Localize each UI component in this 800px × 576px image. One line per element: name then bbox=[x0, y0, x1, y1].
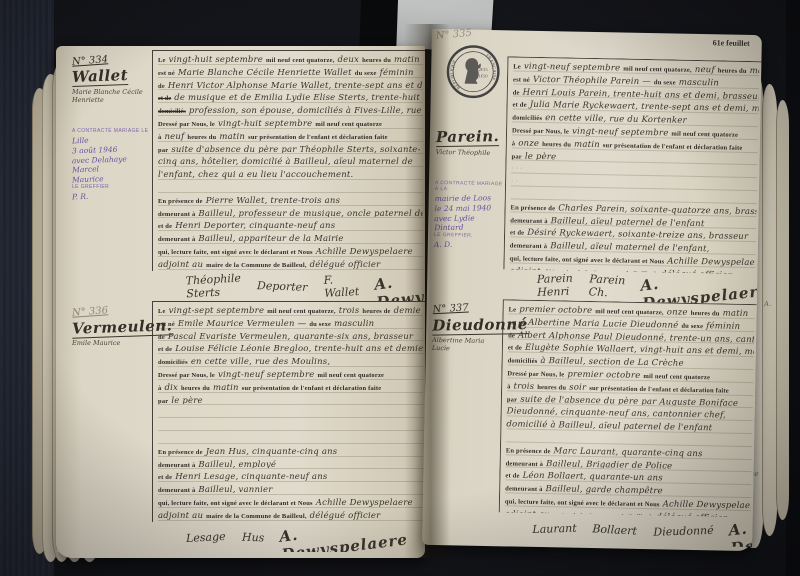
act-surname: Parein. bbox=[436, 127, 500, 147]
right-page: 61e feuillet N° 335 RÉPUBLIQUE FRANÇAISE… bbox=[422, 29, 762, 551]
printed-form-text: et de bbox=[505, 473, 519, 480]
signature: Lesage bbox=[186, 529, 226, 544]
printed-form-text: du sexe bbox=[355, 70, 377, 77]
handwritten-entry: Bailleul, professeur de musique, oncle p… bbox=[198, 209, 423, 219]
act-margin: N° 334WalletMarie Blanche Cécile Henriet… bbox=[56, 50, 152, 301]
handwritten-entry: vingt-neuf septembre bbox=[218, 370, 314, 380]
page-edge bbox=[762, 84, 777, 536]
act-body: Levingt-huit septembremil neuf cent quat… bbox=[152, 50, 425, 271]
printed-form-text: heures du bbox=[181, 385, 210, 392]
act-body: Lepremier octobremil neuf cent quatorze,… bbox=[499, 299, 757, 517]
act-line: Levingt-huit septembremil neuf cent quat… bbox=[158, 52, 423, 65]
printed-form-text: à bbox=[512, 140, 516, 147]
printed-form-text: domiciliés bbox=[512, 115, 542, 123]
printed-form-text: sur présentation de l'enfant et déclarat… bbox=[248, 134, 388, 141]
printed-form-text: du sexe bbox=[309, 321, 331, 328]
act-signatures: LesageHusA. Dewyspelaere bbox=[152, 522, 425, 552]
pencil-mark: · · · bbox=[511, 165, 522, 173]
act-given-names: Victor Théophile bbox=[436, 148, 504, 157]
signature: A. Dewyspelaere bbox=[728, 512, 753, 547]
printed-form-text: par bbox=[507, 396, 517, 403]
handwritten-entry: Achille Dewyspelaere bbox=[316, 498, 413, 508]
handwritten-entry: matin bbox=[750, 66, 760, 76]
printed-form-text: mil neuf cent quatorze, bbox=[267, 308, 336, 315]
handwritten-entry: Bailleul, vannier bbox=[198, 485, 272, 495]
printed-form-text: En présence de bbox=[158, 198, 203, 205]
act-line: qui, lecture faite, ont signé avec le dé… bbox=[158, 244, 423, 257]
printed-form-text: et de bbox=[158, 223, 172, 230]
printed-form-text: heures du bbox=[691, 310, 720, 318]
handwritten-entry: cinq ans, hôtelier, domicilié à Bailleul… bbox=[158, 157, 413, 167]
act-line: àdixheures dumatinsur présentation de l'… bbox=[158, 380, 423, 393]
handwritten-entry: Emile Maurice Vermeulen — bbox=[178, 319, 306, 329]
printed-form-text: En présence de bbox=[506, 447, 551, 455]
act-line: parle père bbox=[158, 393, 423, 406]
handwritten-entry: trois bbox=[339, 306, 360, 316]
register-photo: et A. ne N° 334WalletMarie Blanche Cécil… bbox=[0, 0, 800, 576]
handwritten-entry: matin bbox=[723, 309, 749, 319]
handwritten-entry: adjoint au bbox=[158, 511, 203, 521]
signature: A. Dewyspelaere bbox=[373, 271, 425, 301]
act-line: domiciliésen cette ville, rue des Moulin… bbox=[158, 354, 423, 367]
printed-form-text: demeurant à bbox=[158, 211, 195, 218]
printed-form-text: demeurant à bbox=[510, 217, 548, 225]
printed-form-text: du sexe bbox=[681, 323, 703, 330]
act-line bbox=[158, 405, 423, 418]
handwritten-entry: vingt-sept septembre bbox=[169, 306, 265, 316]
act-body: Levingt-neuf septembremil neuf cent quat… bbox=[503, 56, 761, 274]
handwritten-entry: trois bbox=[513, 381, 534, 391]
note-handwritten-line: A. D. bbox=[434, 239, 502, 249]
act-line: Dressé par Nous, levingt-huit septembrem… bbox=[158, 116, 423, 129]
handwritten-entry: l'enfant, chez qui a eu lieu l'accouchem… bbox=[158, 170, 353, 180]
handwritten-entry: Pascal Evariste Vermeulen, quarante-six … bbox=[168, 332, 413, 342]
printed-form-text: du sexe bbox=[654, 79, 676, 86]
handwritten-entry: vingt-huit septembre bbox=[218, 119, 312, 129]
printed-form-text: à bbox=[158, 385, 161, 392]
note-handwritten-line: Maurice bbox=[72, 173, 150, 185]
act-line: adjoint aumaire de la Commune de Bailleu… bbox=[158, 257, 423, 270]
printed-form-text: et de bbox=[158, 346, 172, 353]
printed-form-text: demeurant à bbox=[158, 236, 195, 243]
act-line: cinq ans, hôtelier, domicilié à Bailleul… bbox=[158, 154, 423, 167]
printed-form-text: qui, lecture faite, ont signé avec le dé… bbox=[158, 249, 313, 256]
handwritten-entry: Henri Victor Alphonse Marie Wallet, tren… bbox=[168, 81, 423, 91]
printed-form-text: par bbox=[158, 147, 168, 154]
act-surname: Vermeulen. bbox=[72, 316, 173, 338]
printed-form-text: Dressé par Nous, le bbox=[158, 372, 215, 379]
printed-form-text: En présence de bbox=[510, 204, 555, 212]
act-signatures: Théophile StertsDeporterF. WalletA. Dewy… bbox=[152, 271, 425, 301]
handwritten-entry: soir bbox=[569, 382, 586, 392]
note-handwritten-line: mairie de Loos bbox=[435, 193, 503, 203]
signature: Bollaert bbox=[592, 522, 637, 537]
handwritten-entry: suite d'absence du père par Théophile St… bbox=[171, 145, 420, 155]
act-surname: Dieudonné bbox=[432, 315, 528, 335]
signature: F. Wallet bbox=[323, 272, 359, 300]
stray-handwriting: A. bbox=[764, 300, 772, 308]
act-line: àneufheures dumatinsur présentation de l… bbox=[158, 129, 423, 142]
act-line: Dressé par Nous, levingt-neuf septembrem… bbox=[158, 367, 423, 380]
printed-form-text: qui, lecture faite, ont signé avec le dé… bbox=[158, 500, 313, 507]
printed-form-text: Le bbox=[158, 308, 166, 315]
handwritten-entry: matin bbox=[219, 132, 245, 142]
act-line: demeurant àBailleul, professeur de musiq… bbox=[158, 206, 423, 219]
printed-form-text: heures du bbox=[542, 141, 571, 149]
handwritten-entry: de musique et de Emilia Lydie Elise Ster… bbox=[174, 93, 423, 103]
printed-form-text: demeurant à bbox=[158, 487, 195, 494]
printed-form-text: de bbox=[158, 83, 165, 90]
handwritten-entry: Bailleul, employé bbox=[198, 460, 276, 470]
printed-form-text: et de bbox=[158, 474, 172, 481]
printed-form-text: demeurant à bbox=[505, 486, 543, 494]
signature: Parein Ch. bbox=[588, 272, 625, 300]
act-line: En présence deJean Hus, cinquante-cinq a… bbox=[158, 444, 423, 457]
handwritten-entry: deux bbox=[338, 55, 360, 65]
printed-form-text: Le bbox=[158, 57, 166, 64]
act-line bbox=[158, 418, 423, 431]
handwritten-entry: onze bbox=[518, 138, 539, 148]
handwritten-entry: féminin bbox=[380, 68, 414, 78]
printed-form-text: demeurant à bbox=[506, 460, 544, 468]
signature: Théophile Sterts bbox=[185, 272, 242, 301]
printed-form-text: domiciliés bbox=[158, 108, 186, 115]
handwritten-entry: Bailleul, appariteur de la Mairie bbox=[198, 234, 343, 244]
act-line: et dede musique et de Emilia Lydie Elise… bbox=[158, 90, 423, 103]
marriage-margin-note: A contracté mariage à lamairie de Loosle… bbox=[434, 180, 503, 249]
handwritten-entry: Marie Blanche Cécile Henriette Wallet bbox=[178, 68, 352, 78]
act-line: et deHenri Lesage, cinquante-neuf ans bbox=[158, 469, 423, 482]
handwritten-entry: Pierre Wallet, trente-trois ans bbox=[206, 196, 340, 206]
act-line: parsuite d'absence du père par Théophile… bbox=[158, 142, 423, 155]
note-stamp-line: A contracté mariage à la bbox=[435, 180, 503, 193]
act-line: demeurant àBailleul, appariteur de la Ma… bbox=[158, 231, 423, 244]
handwritten-entry: Henri Deporter, cinquante-neuf ans bbox=[175, 221, 335, 231]
signature: A. Dewyspelaere bbox=[639, 269, 757, 304]
note-handwritten-line: P. R. bbox=[72, 190, 150, 202]
act-line: deHenri Victor Alphonse Marie Wallet, tr… bbox=[158, 78, 423, 91]
note-stamp-line: Le greffier, bbox=[434, 232, 502, 239]
printed-form-text: Dressé par Nous, le bbox=[158, 121, 215, 128]
act-334: N° 334WalletMarie Blanche Cécile Henriet… bbox=[56, 50, 425, 301]
printed-form-text: mil neuf cent quatorze bbox=[315, 121, 382, 128]
handwritten-entry: matin bbox=[213, 383, 239, 393]
page-edge bbox=[776, 100, 789, 520]
note-handwritten-line: le 24 mai 1940 bbox=[434, 203, 502, 213]
printed-form-text: mil neuf cent quatorze, bbox=[266, 57, 335, 64]
printed-form-text: de bbox=[513, 89, 520, 96]
printed-form-text: et de bbox=[512, 102, 526, 109]
printed-form-text: sur présentation de l'enfant et déclarat… bbox=[242, 385, 382, 392]
act-number: N° 337 bbox=[432, 301, 500, 315]
act-line bbox=[158, 431, 423, 444]
handwritten-entry: le père bbox=[171, 396, 202, 406]
stamp-value-bottom: 1F50 bbox=[479, 73, 488, 78]
handwritten-entry: en cette ville, rue des Moulins, bbox=[191, 357, 330, 367]
pencil-mark: · · bbox=[511, 178, 518, 186]
printed-form-text: demeurant à bbox=[510, 243, 548, 251]
act-margin: N° 336Vermeulen.Emile Maurice bbox=[56, 301, 152, 552]
act-signatures: LaurantBollaertDieudonnéA. Dewyspelaere bbox=[498, 512, 753, 547]
act-line: l'enfant, chez qui a eu lieu l'accouchem… bbox=[158, 167, 423, 180]
act-337: N° 337DieudonnéAlbertine Maria Lucie Lep… bbox=[422, 298, 757, 547]
folio-label: 61e feuillet bbox=[713, 38, 750, 48]
act-given-names: Albertine Maria Lucie bbox=[432, 336, 500, 353]
pencil-act-number: N° 335 bbox=[435, 28, 472, 42]
handwritten-entry: demie du soir bbox=[394, 306, 423, 316]
handwritten-entry: onze bbox=[667, 307, 688, 317]
handwritten-entry: vingt-huit septembre bbox=[169, 55, 263, 65]
act-line: dePascal Evariste Vermeulen, quarante-si… bbox=[158, 329, 423, 342]
printed-form-text: heures du bbox=[537, 384, 566, 392]
act-surname: Wallet bbox=[72, 66, 129, 87]
signature: Deporter bbox=[257, 279, 308, 294]
marriage-margin-note: A contracté mariage leLille3 août 1946av… bbox=[72, 128, 150, 200]
act-line: Levingt-sept septembremil neuf cent quat… bbox=[158, 303, 423, 316]
left-page: N° 334WalletMarie Blanche Cécile Henriet… bbox=[56, 46, 425, 558]
act-line: qui, lecture faite, ont signé avec le dé… bbox=[158, 495, 423, 508]
handwritten-entry: masculin bbox=[334, 319, 374, 329]
act-line: domiciliésprofession, son épouse, domici… bbox=[158, 103, 423, 116]
act-line: adjoint aumaire de la Commune de Bailleu… bbox=[158, 508, 423, 521]
printed-form-text: En présence de bbox=[158, 449, 203, 456]
printed-form-text: mil neuf cent quatorze bbox=[317, 372, 384, 379]
printed-form-text: et de bbox=[158, 95, 171, 102]
printed-form-text: est né bbox=[158, 70, 175, 77]
act-line: demeurant àBailleul, vannier bbox=[158, 482, 423, 495]
handwritten-entry: neuf bbox=[695, 65, 715, 75]
handwritten-entry: Louise Félicie Léonie Bregloo, trente-hu… bbox=[175, 344, 423, 354]
handwritten-entry: matin bbox=[394, 55, 420, 65]
printed-form-text: domiciliés bbox=[158, 359, 188, 366]
handwritten-entry: profession, son épouse, domiciliés à Fiv… bbox=[189, 106, 423, 116]
printed-form-text: heures du bbox=[718, 67, 747, 75]
act-line: et deLouise Félicie Léonie Bregloo, tren… bbox=[158, 341, 423, 354]
act-336: N° 336Vermeulen.Emile Maurice Levingt-se… bbox=[56, 301, 425, 552]
act-given-names: Emile Maurice bbox=[72, 339, 150, 347]
handwritten-entry: dix bbox=[164, 383, 178, 393]
act-margin: N° 337DieudonnéAlbertine Maria Lucie bbox=[422, 298, 503, 542]
printed-form-text: Le bbox=[513, 63, 521, 70]
act-line: est néEmile Maurice Vermeulen —du sexema… bbox=[158, 316, 423, 329]
printed-form-text: maire de la Commune de Bailleul, bbox=[206, 262, 307, 269]
printed-form-text: à bbox=[158, 134, 161, 141]
printed-form-text: par bbox=[158, 398, 168, 405]
printed-form-text: et de bbox=[508, 345, 522, 352]
printed-form-text: Dressé par Nous, le bbox=[512, 127, 569, 135]
act-given-names: Marie Blanche Cécile Henriette bbox=[72, 88, 150, 104]
note-handwritten-line: avec Delahaye Marcel bbox=[72, 154, 151, 175]
handwritten-entry: Henri Lesage, cinquante-neuf ans bbox=[175, 472, 327, 482]
printed-form-text: heures du bbox=[187, 134, 216, 141]
act-body: Levingt-sept septembremil neuf cent quat… bbox=[152, 301, 425, 522]
act-line: et deHenri Deporter, cinquante-neuf ans bbox=[158, 218, 423, 231]
note-handwritten-line: avec Lydie Dintard bbox=[434, 213, 502, 232]
act-number: N° 334 bbox=[72, 51, 151, 67]
printed-form-text: Le bbox=[509, 306, 517, 313]
act-line: En présence dePierre Wallet, trente-troi… bbox=[158, 193, 423, 206]
printed-form-text: et de bbox=[510, 230, 524, 237]
printed-form-text: heures de bbox=[362, 308, 390, 315]
printed-form-text: Dressé par Nous, le bbox=[507, 370, 564, 378]
signature: Hus bbox=[241, 530, 264, 544]
printed-form-text: par bbox=[511, 153, 521, 160]
handwritten-entry: neuf bbox=[164, 132, 184, 142]
act-number: N° 336 bbox=[72, 302, 151, 318]
printed-form-text: domiciliés bbox=[508, 358, 538, 366]
handwritten-entry: adjoint au bbox=[158, 260, 203, 270]
signature: A. Dewyspelaere bbox=[278, 522, 425, 552]
signature: Parein Henri bbox=[537, 272, 574, 299]
handwritten-entry: Jean Hus, cinquante-cinq ans bbox=[206, 447, 338, 457]
signature: Laurant bbox=[532, 521, 577, 535]
printed-form-text: est né bbox=[513, 76, 530, 83]
signature: Dieudonné bbox=[653, 523, 714, 538]
handwritten-entry: délégué officier bbox=[310, 511, 381, 521]
handwritten-entry: délégué officier bbox=[310, 260, 381, 270]
printed-form-text: maire de la Commune de Bailleul, bbox=[206, 513, 307, 520]
handwritten-entry: Achille Dewyspelaere bbox=[316, 247, 413, 257]
printed-form-text: heures du bbox=[362, 57, 391, 64]
stamp-value-top: 2F25 bbox=[479, 67, 488, 72]
act-signatures: Parein HenriParein Ch.A. Dewyspelaere bbox=[503, 269, 758, 304]
act-line: est néMarie Blanche Cécile Henriette Wal… bbox=[158, 65, 423, 78]
act-line bbox=[158, 180, 423, 193]
printed-form-text: à bbox=[507, 383, 511, 390]
revenue-stamp-icon: RÉPUBLIQUE FRANÇAISE 2F25 1F50 bbox=[445, 43, 502, 100]
printed-form-text: demeurant à bbox=[158, 462, 195, 469]
act-line: demeurant àBailleul, employé bbox=[158, 457, 423, 470]
